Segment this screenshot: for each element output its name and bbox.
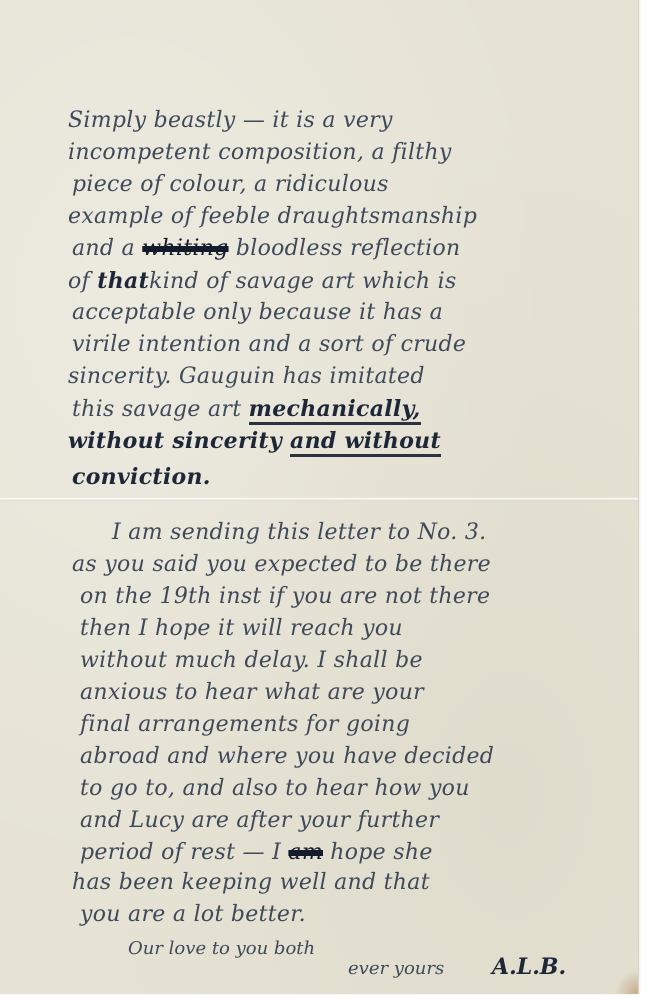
letter-line: sincerity. Gauguin has imitated bbox=[68, 364, 425, 389]
paper-fold-crease bbox=[0, 497, 638, 501]
letter-line: you are a lot better. bbox=[80, 902, 306, 927]
text-segment: and a bbox=[72, 236, 135, 261]
letter-line: without much delay. I shall be bbox=[80, 648, 423, 673]
letter-line: virile intention and a sort of crude bbox=[72, 332, 466, 357]
underlined-word: and without bbox=[290, 428, 441, 457]
letter-line: and a whiting bloodless reflection bbox=[72, 236, 461, 261]
letter-line: this savage art mechanically, bbox=[72, 396, 421, 422]
signature-initials: A.L.B. bbox=[492, 954, 566, 980]
letter-line: Simply beastly — it is a very bbox=[68, 108, 393, 133]
text-segment: of bbox=[68, 269, 90, 294]
letter-line: acceptable only because it has a bbox=[72, 300, 443, 325]
letter-line: then I hope it will reach you bbox=[80, 616, 403, 641]
text-segment: period of rest — I bbox=[80, 840, 281, 865]
signoff: ever yours bbox=[348, 958, 444, 979]
letter-line: on the 19th inst if you are not there bbox=[80, 584, 490, 609]
letter-line: and Lucy are after your further bbox=[80, 808, 439, 833]
letter-line: without sincerity and without bbox=[68, 428, 441, 454]
text-segment: hope she bbox=[330, 840, 432, 865]
letter-page: Simply beastly — it is a very incompeten… bbox=[0, 0, 639, 994]
underlined-word: mechanically, bbox=[249, 396, 421, 425]
letter-line: abroad and where you have decided bbox=[80, 744, 494, 769]
letter-line: to go to, and also to hear how you bbox=[80, 776, 470, 801]
letter-line: anxious to hear what are your bbox=[80, 680, 424, 705]
letter-line: as you said you expected to be there bbox=[72, 552, 491, 577]
letter-line: piece of colour, a ridiculous bbox=[72, 172, 389, 197]
inserted-word: that bbox=[97, 268, 149, 294]
struck-out-word: whiting bbox=[142, 236, 228, 261]
letter-line: conviction. bbox=[72, 464, 211, 490]
letter-line: final arrangements for going bbox=[80, 712, 410, 737]
letter-line: example of feeble draughtsmanship bbox=[68, 204, 477, 229]
letter-line: of thatkind of savage art which is bbox=[68, 268, 457, 294]
text-segment: kind of savage art which is bbox=[149, 269, 456, 294]
closing-line: Our love to you both bbox=[128, 938, 315, 959]
text-segment: this savage art bbox=[72, 397, 241, 422]
letter-line: I am sending this letter to No. 3. bbox=[112, 520, 486, 545]
letter-line: incompetent composition, a filthy bbox=[68, 140, 452, 165]
struck-out-word: am bbox=[288, 840, 323, 865]
letter-line: has been keeping well and that bbox=[72, 870, 430, 895]
text-segment: without sincerity bbox=[68, 428, 282, 454]
letter-line: period of rest — I am hope she bbox=[80, 840, 433, 865]
text-segment: bloodless reflection bbox=[236, 236, 461, 261]
